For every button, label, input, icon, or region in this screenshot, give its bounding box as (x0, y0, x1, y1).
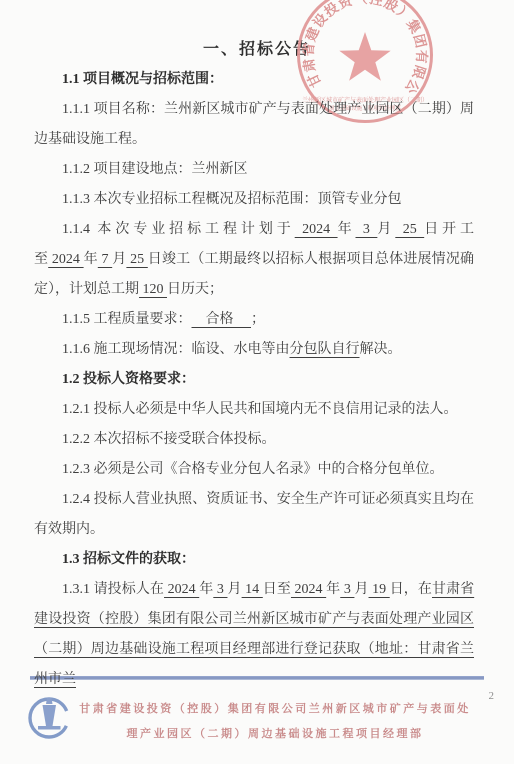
paragraph: 1.1.4 本次专业招标工程计划于 2024 年 3 月 25 日开工至 202… (34, 215, 474, 305)
section-heading: 1.1 项目概况与招标范围： (34, 65, 474, 95)
footer-company-line1: 甘肃省建设投资（控股）集团有限公司兰州新区城市矿产与表面处 (70, 697, 480, 722)
paragraph: 1.2.4 投标人营业执照、资质证书、安全生产许可证必须真实且均在有效期内。 (34, 485, 474, 545)
footer-company-line2: 理产业园区（二期）周边基础设施工程项目经理部 (70, 722, 480, 747)
section-heading: 1.2 投标人资格要求： (34, 365, 474, 395)
paragraph: 1.1.1 项目名称：兰州新区城市矿产与表面处理产业园区（二期）周边基础设施工程… (34, 95, 474, 155)
paragraph: 1.1.5 工程质量要求： 合格 ； (34, 305, 474, 335)
paragraph: 1.2.1 投标人必须是中华人民共和国境内无不良信用记录的法人。 (34, 395, 474, 425)
paragraph: 1.1.2 项目建设地点：兰州新区 (34, 155, 474, 185)
paragraph: 1.3.1 请投标人在 2024 年 3 月 14 日至 2024 年 3 月 … (34, 575, 474, 695)
company-logo-icon (27, 694, 71, 741)
page-title: 一、招标公告 (0, 36, 514, 59)
paragraph: 1.1.6 施工现场情况：临设、水电等由分包队自行解决。 (34, 335, 474, 365)
paragraph: 1.2.2 本次招标不接受联合体投标。 (34, 425, 474, 455)
document-page: 甘肃省建设投资（控股）集团有限公司 兰州新区城市矿产与表面处理产业园区（二期） … (0, 0, 514, 764)
footer-company-name: 甘肃省建设投资（控股）集团有限公司兰州新区城市矿产与表面处 理产业园区（二期）周… (70, 697, 480, 747)
paragraph: 1.1.3 本次专业招标工程概况及招标范围：顶管专业分包 (34, 185, 474, 215)
paragraph: 1.2.3 必须是公司《合格专业分包人名录》中的合格分包单位。 (34, 455, 474, 485)
page-number: 2 (489, 690, 495, 702)
document-body: 1.1 项目概况与招标范围：1.1.1 项目名称：兰州新区城市矿产与表面处理产业… (34, 65, 474, 695)
section-heading: 1.3 招标文件的获取： (34, 545, 474, 575)
